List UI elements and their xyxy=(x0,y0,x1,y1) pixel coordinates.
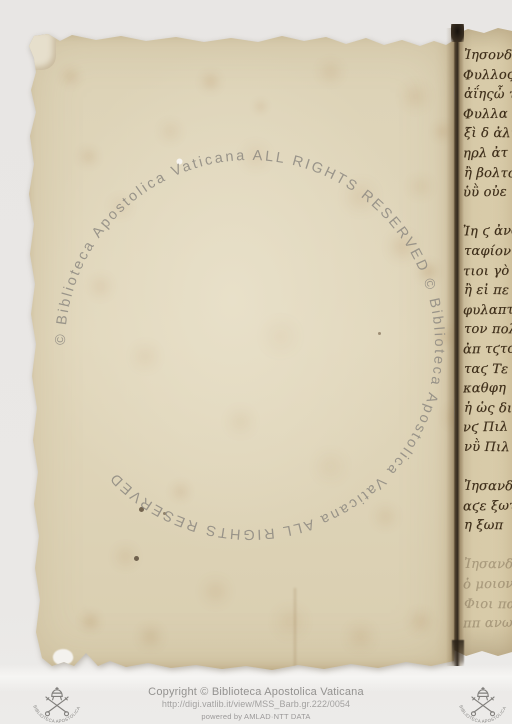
manuscript-line: αϛε ξωτ xyxy=(463,496,512,516)
manuscript-line xyxy=(463,457,512,477)
manuscript-line: ὁ μοιον xyxy=(463,575,512,595)
manuscript-line: τον πολ xyxy=(464,320,512,340)
manuscript-line: Ἰη ϛ ἀνδρ xyxy=(463,222,512,242)
manuscript-line xyxy=(464,203,512,223)
manuscript-line: τιοι γὸ xyxy=(463,261,512,281)
manuscript-line: φυλαπτ xyxy=(463,300,512,320)
manuscript-line: ξὶ δ ἀλί xyxy=(464,124,512,144)
manuscript-line: η ξωπ xyxy=(464,516,512,536)
gutter-dark-notch-top xyxy=(451,24,464,42)
manuscript-line xyxy=(463,535,512,555)
manuscript-line: ἢ βολτο xyxy=(464,163,512,183)
manuscript-line: ηρλ ἀτ xyxy=(463,144,512,164)
page-crease xyxy=(294,588,296,668)
manuscript-line: ἡ ὡς δια xyxy=(464,398,512,418)
manuscript-line: Ἰησανδψα xyxy=(464,555,512,575)
manuscript-line: καθφη xyxy=(463,379,512,399)
manuscript-line: ταφίον xyxy=(464,242,512,262)
manuscript-line: Φυλλος τ xyxy=(463,65,512,85)
manuscript-line: ταϛ Τε ο xyxy=(464,359,512,379)
parchment-surface xyxy=(26,32,456,670)
manuscript-line: Φιοι πα xyxy=(464,594,512,614)
footer-powered-by: powered by AMLAD·NTT DATA xyxy=(0,712,512,721)
manuscript-line: Ἰησανδψη xyxy=(464,477,512,497)
manuscript-line: Φυλλα ω xyxy=(463,104,512,124)
manuscript-line: νῢ Πιλ xyxy=(464,438,512,458)
manuscript-line: νϛ Πιλ xyxy=(463,418,512,438)
manuscript-scan-viewport: © Biblioteca Apostolica Vaticana ALL RIG… xyxy=(0,0,512,724)
manuscript-line: ὑῢ οὐε xyxy=(463,183,512,203)
manuscript-line: ἀΐηςὦ τε xyxy=(464,85,512,105)
gutter-dark-notch-bottom xyxy=(452,640,464,666)
binding-gutter-shadow xyxy=(446,28,464,666)
manuscript-line: ἢ εἰ πε xyxy=(464,281,512,301)
page-corner-curl xyxy=(24,34,56,70)
footer-copyright-line: Copyright © Biblioteca Apostolica Vatica… xyxy=(0,686,512,698)
manuscript-line: Ἰησονδῆς xyxy=(464,46,512,66)
footer-text-block: Copyright © Biblioteca Apostolica Vatica… xyxy=(0,686,512,721)
footer-source-url: http://digi.vatlib.it/view/MSS_Barb.gr.2… xyxy=(0,699,512,709)
scan-footer: Copyright © Biblioteca Apostolica Vatica… xyxy=(0,684,512,724)
page-tear-patch xyxy=(52,647,75,667)
manuscript-page-left-verso xyxy=(26,32,456,670)
greek-text-column: ἸησονδῆςΦυλλος τἀΐηςὦ τεΦυλλα ωξὶ δ ἀλίη… xyxy=(463,46,512,646)
manuscript-line: ππ ανω xyxy=(463,614,512,634)
manuscript-line: ἀπ τϛτο xyxy=(463,339,512,359)
